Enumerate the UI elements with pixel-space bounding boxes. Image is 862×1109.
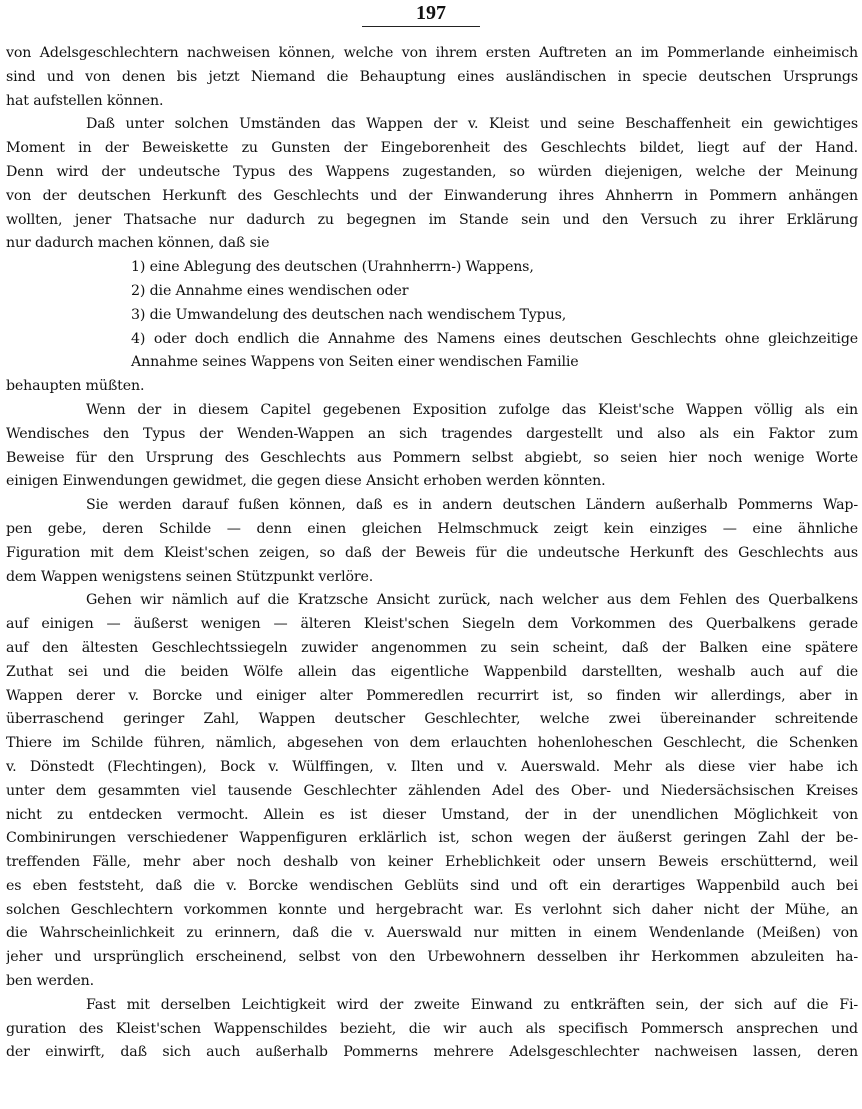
text-line: Figuration mit dem Kleist'schen zeigen, … (6, 542, 858, 566)
text-line: Fast mit derselben Leichtigkeit wird der… (6, 994, 858, 1018)
text-line: Annahme seines Wappens von Seiten einer … (6, 351, 858, 375)
text-line: auf einigen — äußerst wenigen — älteren … (6, 613, 858, 637)
text-line: ben werden. (6, 970, 858, 994)
text-line: v. Dönstedt (Flechtingen), Bock v. Wülff… (6, 756, 858, 780)
text-line: Wendisches den Typus der Wenden-Wappen a… (6, 423, 858, 447)
text-line: wollten, jener Thatsache nur dadurch zu … (6, 209, 858, 233)
text-line: Wappen derer v. Borcke und einiger alter… (6, 685, 858, 709)
text-line: überraschend geringer Zahl, Wappen deuts… (6, 708, 858, 732)
text-line: Beweise für den Ursprung des Geschlechts… (6, 447, 858, 471)
text-line: Wenn der in diesem Capitel gegebenen Exp… (6, 399, 858, 423)
text-line: Combinirungen verschiedener Wappenfigure… (6, 827, 858, 851)
text-line: pen gebe, deren Schilde — denn einen gle… (6, 518, 858, 542)
text-line: die Wahrscheinlichkeit zu erinnern, daß … (6, 922, 858, 946)
text-line: Denn wird der undeutsche Typus des Wappe… (6, 161, 858, 185)
text-line: Zuthat sei und die beiden Wölfe allein d… (6, 661, 858, 685)
text-line: der einwirft, daß sich auch außerhalb Po… (6, 1041, 858, 1065)
body-text: von Adelsgeschlechtern nachweisen können… (6, 42, 858, 1065)
header-rule (362, 26, 480, 27)
text-line: es eben feststeht, daß die v. Borcke wen… (6, 875, 858, 899)
text-line: behaupten müßten. (6, 375, 858, 399)
text-line: sind und von denen bis jetzt Niemand die… (6, 66, 858, 90)
text-line: Daß unter solchen Umständen das Wappen d… (6, 113, 858, 137)
text-line: solchen Geschlechtern vorkommen konnte u… (6, 899, 858, 923)
text-line: von Adelsgeschlechtern nachweisen können… (6, 42, 858, 66)
text-line: guration des Kleist'schen Wappenschildes… (6, 1018, 858, 1042)
text-line: nur dadurch machen können, daß sie (6, 232, 858, 256)
text-line: auf den ältesten Geschlechtssiegeln zuwi… (6, 637, 858, 661)
text-line: Sie werden darauf fußen können, daß es i… (6, 494, 858, 518)
text-line: Gehen wir nämlich auf die Kratzsche Ansi… (6, 589, 858, 613)
text-line: einigen Einwendungen gewidmet, die gegen… (6, 470, 858, 494)
text-line: unter dem gesammten viel tausende Geschl… (6, 780, 858, 804)
page-number: 197 (0, 2, 862, 24)
list-item-line: 2) die Annahme eines wendischen oder (6, 280, 858, 304)
text-line: dem Wappen wenigstens seinen Stützpunkt … (6, 566, 858, 590)
page-header: 197 (0, 0, 862, 40)
text-line: von der deutschen Herkunft des Geschlech… (6, 185, 858, 209)
list-item-line: 1) eine Ablegung des deutschen (Urahnher… (6, 256, 858, 280)
text-line: treffenden Fälle, mehr aber noch deshalb… (6, 851, 858, 875)
text-line: Moment in der Beweiskette zu Gunsten der… (6, 137, 858, 161)
text-line: hat aufstellen können. (6, 90, 858, 114)
text-line: Thiere im Schilde führen, nämlich, abges… (6, 732, 858, 756)
list-item-line: 4) oder doch endlich die Annahme des Nam… (6, 328, 858, 352)
text-line: jeher und ursprünglich erscheinend, selb… (6, 946, 858, 970)
text-line: nicht zu entdecken vermocht. Allein es i… (6, 804, 858, 828)
list-item-line: 3) die Umwandelung des deutschen nach we… (6, 304, 858, 328)
